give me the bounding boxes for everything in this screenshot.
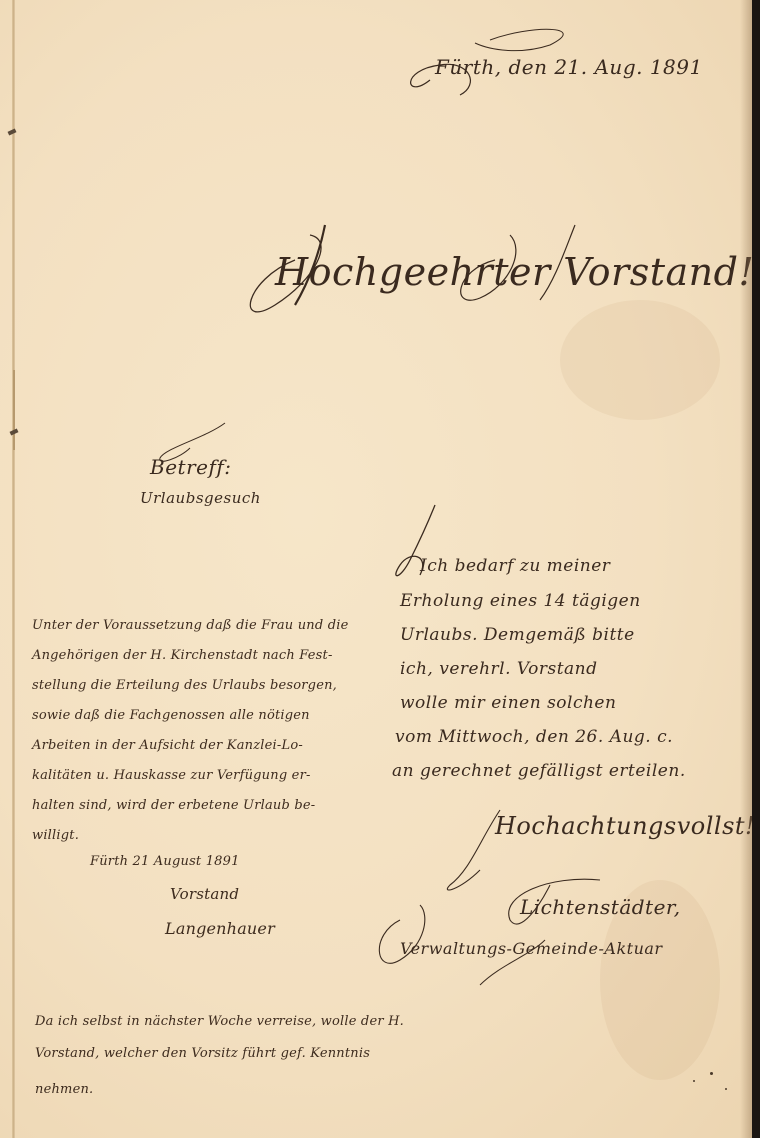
ink-spot	[710, 1072, 713, 1075]
margin-note-signature: Langenhauer	[165, 915, 275, 943]
margin-note-line: willigt.	[32, 822, 79, 850]
footer-note-line: Da ich selbst in nächster Woche verreise…	[35, 1008, 404, 1036]
margin-note-line: Angehörigen der H. Kirchenstadt nach Fes…	[32, 642, 333, 670]
body-line: Urlaubs. Demgemäß bitte	[400, 622, 635, 649]
binding-thread	[13, 370, 23, 450]
margin-note-role: Vorstand	[170, 880, 239, 908]
margin-note-date: Fürth 21 August 1891	[90, 848, 240, 876]
body-line: wolle mir einen solchen	[400, 690, 616, 717]
margin-note-line: kalitäten u. Hauskasse zur Verfügung er-	[32, 762, 311, 790]
body-line: Erholung eines 14 tägigen	[400, 588, 641, 615]
scan-background	[752, 0, 760, 1138]
place-date: Fürth, den 21. Aug. 1891	[435, 55, 703, 79]
ink-spot	[725, 1088, 727, 1090]
margin-note-line: stellung die Erteilung des Urlaubs besor…	[32, 672, 337, 700]
ink-spot	[693, 1080, 695, 1082]
margin-note-line: halten sind, wird der erbetene Urlaub be…	[32, 792, 315, 820]
body-line: Ich bedarf zu meiner	[420, 553, 610, 580]
margin-note-line: Unter der Voraussetzung daß die Frau und…	[32, 612, 348, 640]
signature-name: Lichtenstädter,	[520, 895, 681, 919]
body-line: ich, verehrl. Vorstand	[400, 656, 598, 683]
margin-note-line: Arbeiten in der Aufsicht der Kanzlei-Lo-	[32, 732, 303, 760]
body-line: an gerechnet gefälligst erteilen.	[392, 758, 686, 785]
margin-note-line: sowie daß die Fachgenossen alle nötigen	[32, 702, 310, 730]
subject-value: Urlaubsgesuch	[140, 485, 261, 512]
subject-label: Betreff:	[150, 455, 232, 479]
body-line: vom Mittwoch, den 26. Aug. c.	[395, 724, 673, 751]
footer-note-line: nehmen.	[35, 1076, 93, 1104]
binding-edge	[12, 0, 15, 1138]
footer-note-line: Vorstand, welcher den Vorsitz führt gef.…	[35, 1040, 370, 1068]
salutation: Hochgeehrter Vorstand!	[275, 250, 752, 294]
paper-stain	[560, 300, 720, 420]
closing: Hochachtungsvollst!	[495, 812, 752, 840]
signature-title: Verwaltungs-Gemeinde-Aktuar	[400, 935, 663, 962]
letter-page: Fürth, den 21. Aug. 1891 Hochgeehrter Vo…	[0, 0, 752, 1138]
